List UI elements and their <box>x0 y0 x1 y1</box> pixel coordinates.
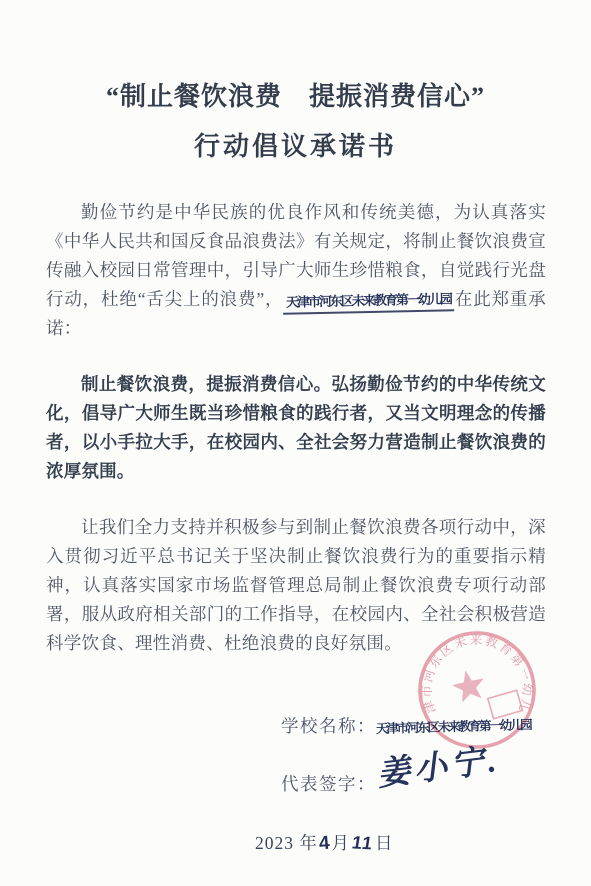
school-name-label: 学校名称： <box>281 716 376 736</box>
star-icon <box>452 670 484 702</box>
date-day-label: 日 <box>375 833 394 853</box>
date-month-handwritten: 4 <box>318 831 332 858</box>
document-title-line2: 行动倡议承诺书 <box>0 132 591 162</box>
date-day-handwritten: 11 <box>350 830 375 857</box>
date-month-label: 月 <box>331 833 350 853</box>
school-name-row: 学校名称：天津市河东区未来教育第一幼儿园 <box>281 714 591 738</box>
paragraph-commitment: 制止餐饮浪费，提振消费信心。弘扬勤俭节约的中华传统文化，倡导广大师生既当珍惜粮食… <box>46 370 546 486</box>
paragraph-opening: 勤俭节约是中华民族的优良作风和传统美德，为认真落实《中华人民共和国反食品浪费法》… <box>46 198 546 343</box>
inline-handwritten-school-name: 天津市河东区未来教育第一幼儿园 <box>283 290 454 315</box>
document-header: “制止餐饮浪费 提振消费信心” 行动倡议承诺书 <box>0 0 591 162</box>
representative-signature: 姜小宁. <box>376 749 501 788</box>
document-title-line1: “制止餐饮浪费 提振消费信心” <box>0 82 591 112</box>
signature-row: 代表签字： 姜小宁. <box>281 772 591 816</box>
date-year: 2023 年 <box>255 833 318 853</box>
date-row: 2023 年4月11日 <box>255 830 591 857</box>
paragraph-action: 让我们全力支持并积极参与到制止餐饮浪费各项行动中，深入贯彻习近平总书记关于坚决制… <box>46 513 546 658</box>
document-page: “制止餐饮浪费 提振消费信心” 行动倡议承诺书 勤俭节约是中华民族的优良作风和传… <box>0 0 591 886</box>
document-footer: 学校名称：天津市河东区未来教育第一幼儿园 代表签字： 姜小宁. 2023 年4月… <box>0 714 591 857</box>
school-name-handwritten: 天津市河东区未来教育第一幼儿园 <box>376 717 531 737</box>
document-body: 勤俭节约是中华民族的优良作风和传统美德，为认真落实《中华人民共和国反食品浪费法》… <box>46 198 546 658</box>
signature-label: 代表签字： <box>281 774 376 794</box>
